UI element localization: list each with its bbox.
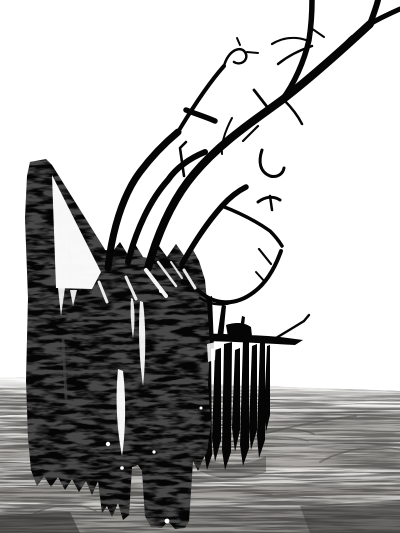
white-speck-c — [159, 289, 163, 293]
twig-curl-spur-b — [247, 52, 258, 53]
picket-notch — [207, 342, 216, 362]
white-speck-b — [152, 450, 155, 453]
white-speck-d — [165, 519, 170, 524]
white-speck-e — [120, 466, 124, 470]
white-speck-a — [106, 442, 110, 446]
artwork-photo — [0, 0, 400, 533]
floor-corner-dark-left — [0, 512, 80, 533]
white-speck-f — [200, 407, 203, 410]
artwork-canvas — [0, 0, 400, 533]
mass-left-tip-twig — [95, 251, 122, 252]
